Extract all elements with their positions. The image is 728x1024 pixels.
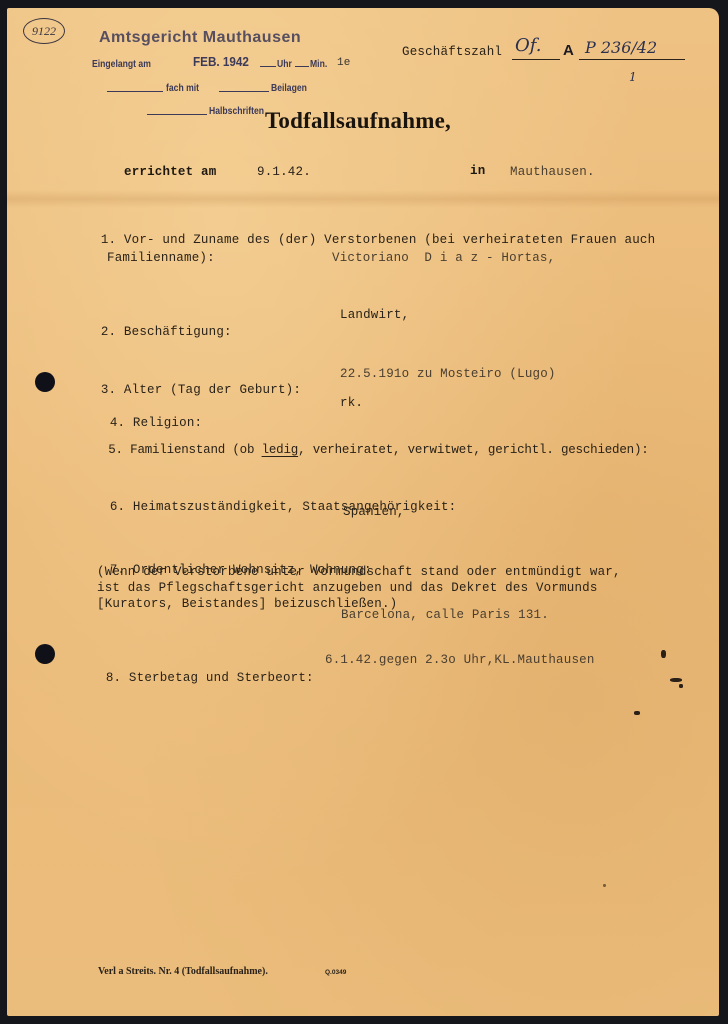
field-5-selected-option: ledig xyxy=(262,443,299,457)
field-8-number: 8. xyxy=(106,671,121,685)
field-8-label: 8. Sterbetag und Sterbeort: xyxy=(75,657,314,699)
field-7-note-line-2: ist das Pflegschaftsgericht anzugeben un… xyxy=(97,581,598,595)
document-title: Todfallsaufnahme, xyxy=(265,108,451,134)
ink-speck xyxy=(679,684,683,688)
case-number-label: Geschäftszahl xyxy=(402,45,502,59)
case-number-underline-2 xyxy=(579,59,685,60)
ink-speck xyxy=(603,884,606,887)
field-4-number: 4. xyxy=(110,416,125,430)
ink-speck xyxy=(634,711,640,715)
punch-hole-top xyxy=(35,372,55,392)
field-6-number: 6. xyxy=(110,500,125,514)
field-7-note-line-1: (Wenn der Verstorbene unter Vormundschaf… xyxy=(97,565,621,579)
field-1-label-line1: Vor- und Zuname des (der) Verstorbenen (… xyxy=(124,233,655,247)
half-copies-label: Halbschriften xyxy=(209,105,264,117)
attachments-label: Beilagen xyxy=(271,82,307,94)
field-8-label-text: Sterbetag und Sterbeort: xyxy=(129,671,314,685)
minute-label: Min. xyxy=(310,58,327,70)
established-in-label: in xyxy=(470,164,485,178)
field-6-value: Spanien, xyxy=(343,505,405,519)
minute-blank xyxy=(295,58,309,67)
field-2-label: 2. Beschäftigung: xyxy=(70,311,232,353)
established-date: 9.1.42. xyxy=(257,165,311,179)
field-5-label: 5. Familienstand (ob ledig, verheiratet,… xyxy=(79,429,649,471)
field-2-label-text: Beschäftigung: xyxy=(124,325,232,339)
field-2-value: Landwirt, xyxy=(340,308,409,322)
field-5-label-suffix: , verheiratet, verwitwet, gerichtl. gesc… xyxy=(298,443,648,457)
copies-blank xyxy=(107,83,163,92)
field-6-label-text: Heimatszuständigkeit, Staatsangehörigkei… xyxy=(133,500,456,514)
case-number-prefix: Of. xyxy=(515,35,542,56)
field-4-label-text: Religion: xyxy=(133,416,202,430)
field-7-value: Barcelona, calle Paris 131. xyxy=(341,608,549,622)
field-8-value: 6.1.42.gegen 2.3o Uhr,KL.Mauthausen xyxy=(325,653,595,667)
established-place: Mauthausen. xyxy=(510,165,595,179)
field-4-value: rk. xyxy=(340,396,363,410)
ink-speck xyxy=(661,650,666,658)
field-2-number: 2. xyxy=(101,325,116,339)
field-3-label-text: Alter (Tag der Geburt): xyxy=(124,383,301,397)
court-stamp-title: Amtsgericht Mauthausen xyxy=(99,29,301,47)
footer-form-name: Verl a Streits. Nr. 4 (Todfallsaufnahme)… xyxy=(98,966,268,977)
hour-blank xyxy=(260,58,276,67)
case-number-submark: 1 xyxy=(629,70,637,84)
document-page: 9122 Amtsgericht Mauthausen Eingelangt a… xyxy=(7,8,719,1016)
footer-code: Q.0349 xyxy=(325,969,346,976)
received-label: Eingelangt am xyxy=(92,58,151,70)
received-date: FEB. 1942 xyxy=(193,54,249,69)
field-3-value: 22.5.191o zu Mosteiro (Lugo) xyxy=(340,367,556,381)
field-1-label-line2: Familienname): xyxy=(107,251,215,265)
field-5-number: 5. xyxy=(108,443,123,457)
punch-hole-bottom xyxy=(35,644,55,664)
field-1-number: 1. xyxy=(101,233,116,247)
copies-label: fach mit xyxy=(166,82,199,94)
case-number-underline-1 xyxy=(512,59,560,60)
archive-number: 9122 xyxy=(23,18,65,44)
established-label: errichtet am xyxy=(124,165,216,179)
paper-fold xyxy=(7,190,719,208)
hour-label: Uhr xyxy=(277,58,292,70)
field-3-number: 3. xyxy=(101,383,116,397)
handwritten-mark: 1e xyxy=(337,57,351,69)
field-1-value: Victoriano D i a z - Hortas, xyxy=(332,251,555,265)
half-copies-blank xyxy=(147,106,207,115)
attachments-blank xyxy=(219,83,269,92)
field-5-label-prefix: Familienstand (ob xyxy=(130,443,261,457)
ink-speck xyxy=(670,678,682,682)
case-number-letter: A xyxy=(563,42,574,59)
case-number-handwritten: P 236/42 xyxy=(585,38,657,57)
